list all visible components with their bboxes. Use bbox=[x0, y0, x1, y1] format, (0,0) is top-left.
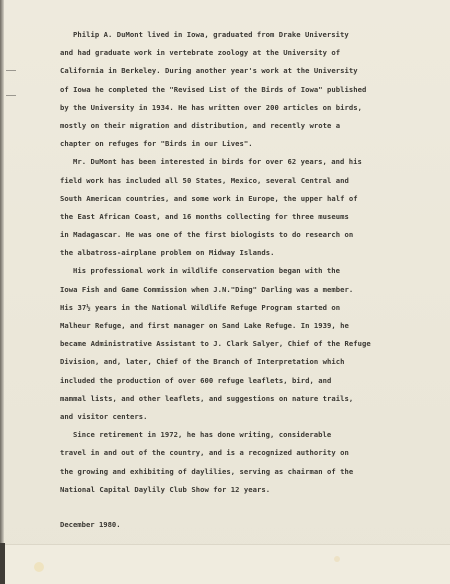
text-line: field work has included all 50 States, M… bbox=[60, 172, 400, 190]
page-bottom-edge bbox=[0, 543, 5, 584]
text-line: Philip A. DuMont lived in Iowa, graduate… bbox=[60, 26, 400, 44]
paper-page: Philip A. DuMont lived in Iowa, graduate… bbox=[0, 0, 450, 584]
text-line: chapter on refuges for "Birds in our Liv… bbox=[60, 135, 400, 153]
text-line: Mr. DuMont has been interested in birds … bbox=[60, 153, 400, 171]
text-line: Since retirement in 1972, he has done wr… bbox=[60, 426, 400, 444]
text-line: the East African Coast, and 16 months co… bbox=[60, 208, 400, 226]
page-left-edge bbox=[0, 0, 4, 584]
paper-stain bbox=[334, 556, 340, 562]
text-line: Iowa Fish and Game Commission when J.N."… bbox=[60, 281, 400, 299]
text-line: His professional work in wildlife conser… bbox=[60, 262, 400, 280]
text-line: South American countries, and some work … bbox=[60, 190, 400, 208]
text-line: Division, and, later, Chief of the Branc… bbox=[60, 353, 400, 371]
text-line: and had graduate work in vertebrate zool… bbox=[60, 44, 400, 62]
text-line: by the University in 1934. He has writte… bbox=[60, 99, 400, 117]
text-line: in Madagascar. He was one of the first b… bbox=[60, 226, 400, 244]
text-line: included the production of over 600 refu… bbox=[60, 372, 400, 390]
text-line: California in Berkeley. During another y… bbox=[60, 62, 400, 80]
text-line: the albatross-airplane problem on Midway… bbox=[60, 244, 400, 262]
text-line: His 37½ years in the National Wildlife R… bbox=[60, 299, 400, 317]
text-line: mostly on their migration and distributi… bbox=[60, 117, 400, 135]
text-line: mammal lists, and other leaflets, and su… bbox=[60, 390, 400, 408]
text-line: Malheur Refuge, and first manager on San… bbox=[60, 317, 400, 335]
text-line: became Administrative Assistant to J. Cl… bbox=[60, 335, 400, 353]
paper-stain bbox=[34, 562, 44, 572]
page-bottom-band bbox=[0, 545, 450, 584]
body-text: Philip A. DuMont lived in Iowa, graduate… bbox=[60, 26, 400, 499]
margin-mark bbox=[6, 95, 16, 96]
text-line: and visitor centers. bbox=[60, 408, 400, 426]
text-line: of Iowa he completed the "Revised List o… bbox=[60, 81, 400, 99]
text-line: National Capital Daylily Club Show for 1… bbox=[60, 481, 400, 499]
document-date: December 1980. bbox=[60, 520, 121, 529]
text-line: the growing and exhibiting of daylilies,… bbox=[60, 463, 400, 481]
margin-mark bbox=[6, 70, 16, 71]
text-line: travel in and out of the country, and is… bbox=[60, 444, 400, 462]
